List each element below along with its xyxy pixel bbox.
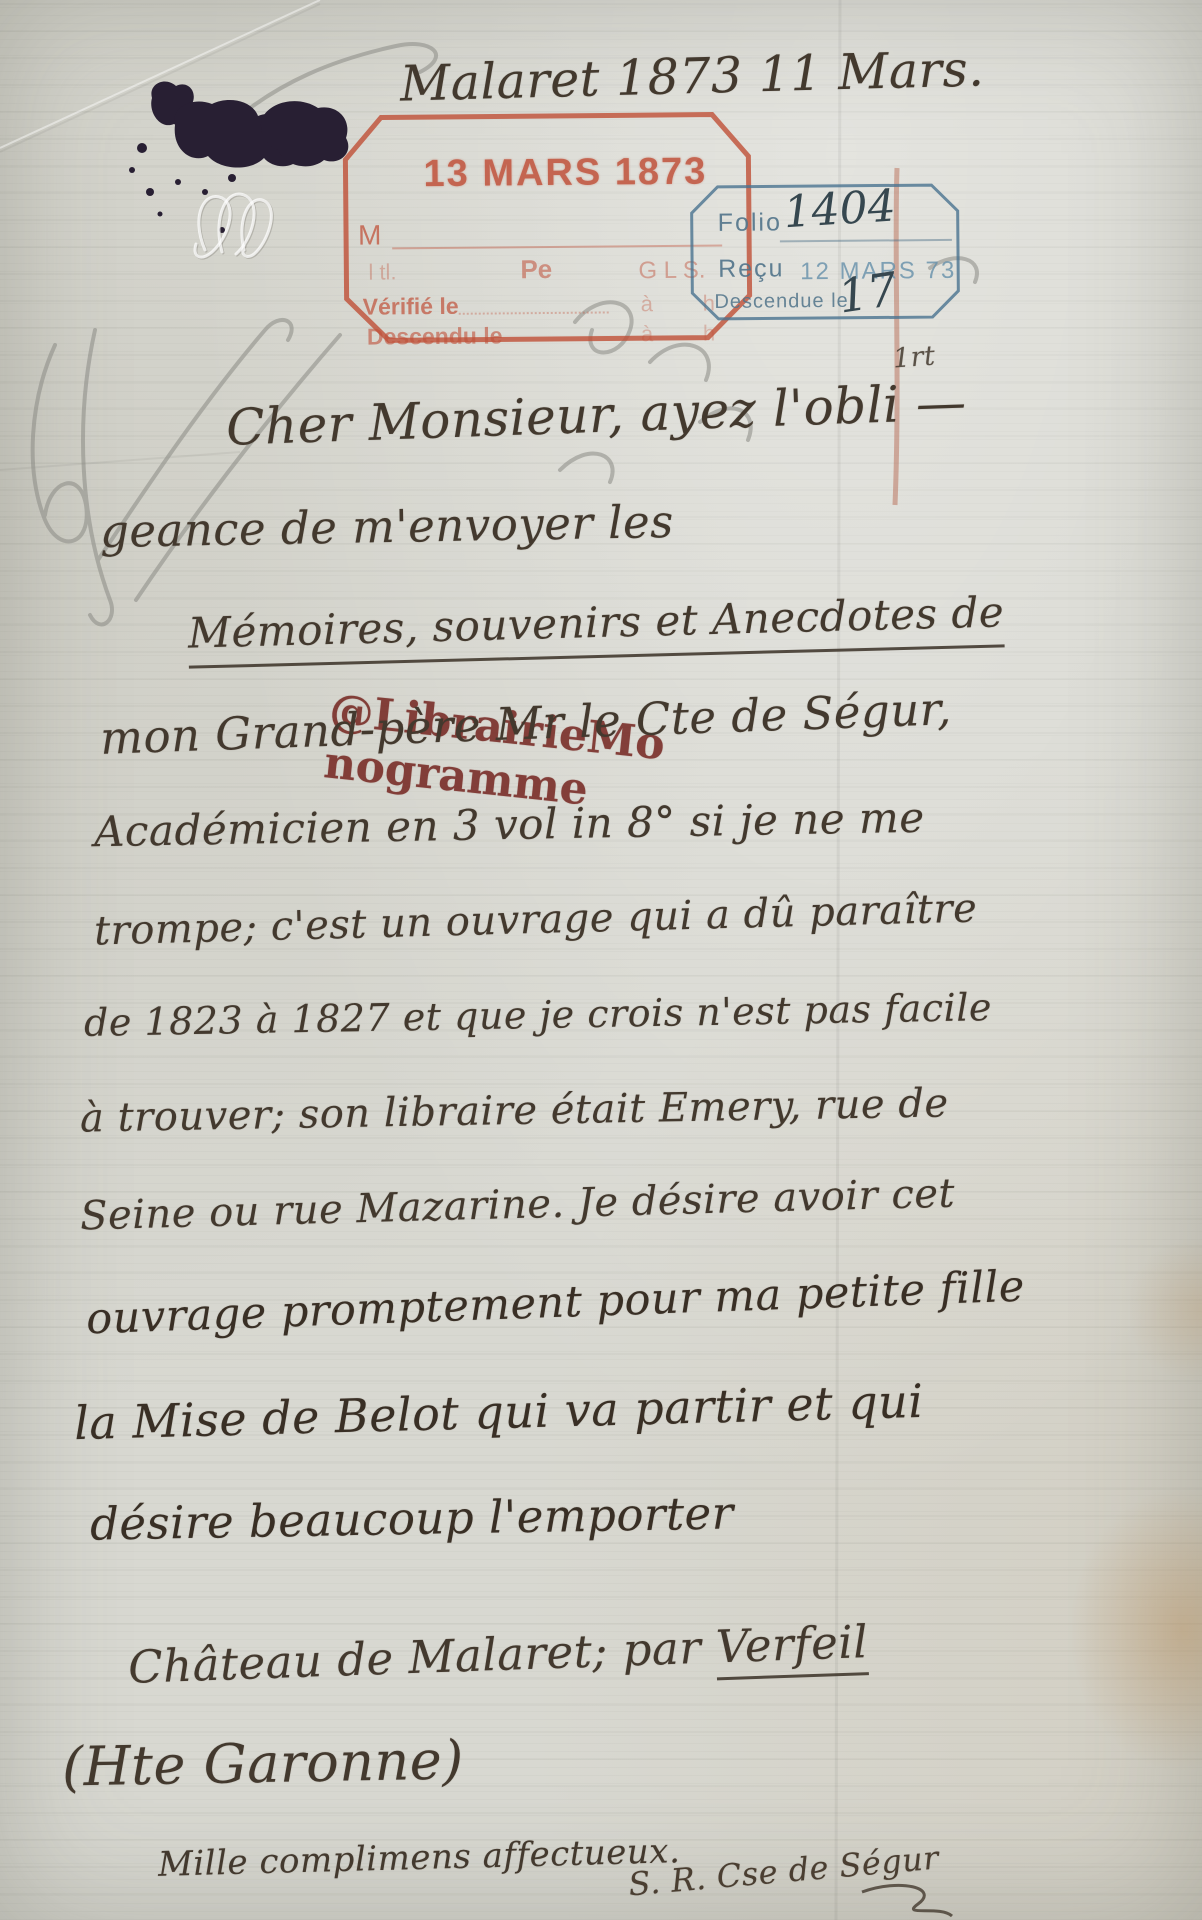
letter-line: à trouver; son libraire était Emery, rue… <box>80 1080 949 1141</box>
descended-value-handwritten: 17 <box>835 262 901 324</box>
red-stamp-date: 13 MARS 1873 <box>423 151 707 196</box>
red-stamp-faded-text: Pe <box>520 254 552 285</box>
folio-label: Folio <box>718 208 782 238</box>
corner-crease <box>0 0 320 148</box>
letter-line: la Mise de Belot qui va partir et qui <box>73 1374 924 1450</box>
letter-line: ouvrage promptement pour ma petite fille <box>85 1262 1025 1345</box>
letter-line: trompe; c'est un ouvrage qui a dû paraît… <box>94 885 978 954</box>
dateline: Malaret 1873 11 Mars. <box>399 40 984 112</box>
paper-stain <box>1130 1240 1202 1380</box>
letter-page: @LibrairieMonogramme 13 MARS 1873 M l tl… <box>0 0 1202 1920</box>
red-stamp-descended-label: Descendu le <box>367 322 503 350</box>
letter-line: Académicien en 3 vol in 8° si je ne me <box>94 793 925 856</box>
letter-line: Cher Monsieur, ayez l'obli — <box>225 373 967 457</box>
valediction: Mille complimens affectueux. <box>158 1831 681 1885</box>
received-label: Reçu <box>718 254 785 284</box>
folio-value-handwritten: 1404 <box>782 181 897 239</box>
ink-blot <box>129 82 348 233</box>
blue-registry-stamp: Folio 1404 Reçu 12 MARS 73 Descendue le … <box>687 181 962 323</box>
signature-flourish <box>862 1885 952 1916</box>
letter-line-underlined-title: Mémoires, souvenirs et Anecdotes de <box>187 587 1005 668</box>
descended-label: Descendue le <box>714 290 849 314</box>
letter-line: geance de m'envoyer les <box>100 495 675 558</box>
address-line: Château de Malaret; par Verfeil <box>127 1615 869 1694</box>
red-stamp-faded-text: l tl. <box>368 259 396 285</box>
red-stamp-hour-label: h <box>703 321 715 347</box>
paper-stain <box>1072 1490 1202 1770</box>
red-stamp-verified-label: Vérifié le <box>363 293 459 321</box>
letter-line: de 1823 à 1827 et que je crois n'est pas… <box>84 985 993 1045</box>
corner-crease-shadow <box>0 4 320 152</box>
red-stamp-at-label: à <box>641 291 653 317</box>
margin-note: 1rt <box>892 341 936 375</box>
letter-line: désire beaucoup l'emporter <box>90 1486 735 1550</box>
red-stamp-m-label: M <box>358 219 382 251</box>
address-place-underlined: Verfeil <box>715 1615 869 1680</box>
letter-line: Seine ou rue Mazarine. Je désire avoir c… <box>80 1171 956 1240</box>
department-line: (Hte Garonne) <box>61 1728 464 1798</box>
embossed-monogram <box>195 194 272 258</box>
red-stamp-at-label: à <box>641 321 653 347</box>
address-prefix: Château de Malaret; par <box>127 1620 717 1693</box>
horizontal-crease <box>0 452 240 470</box>
